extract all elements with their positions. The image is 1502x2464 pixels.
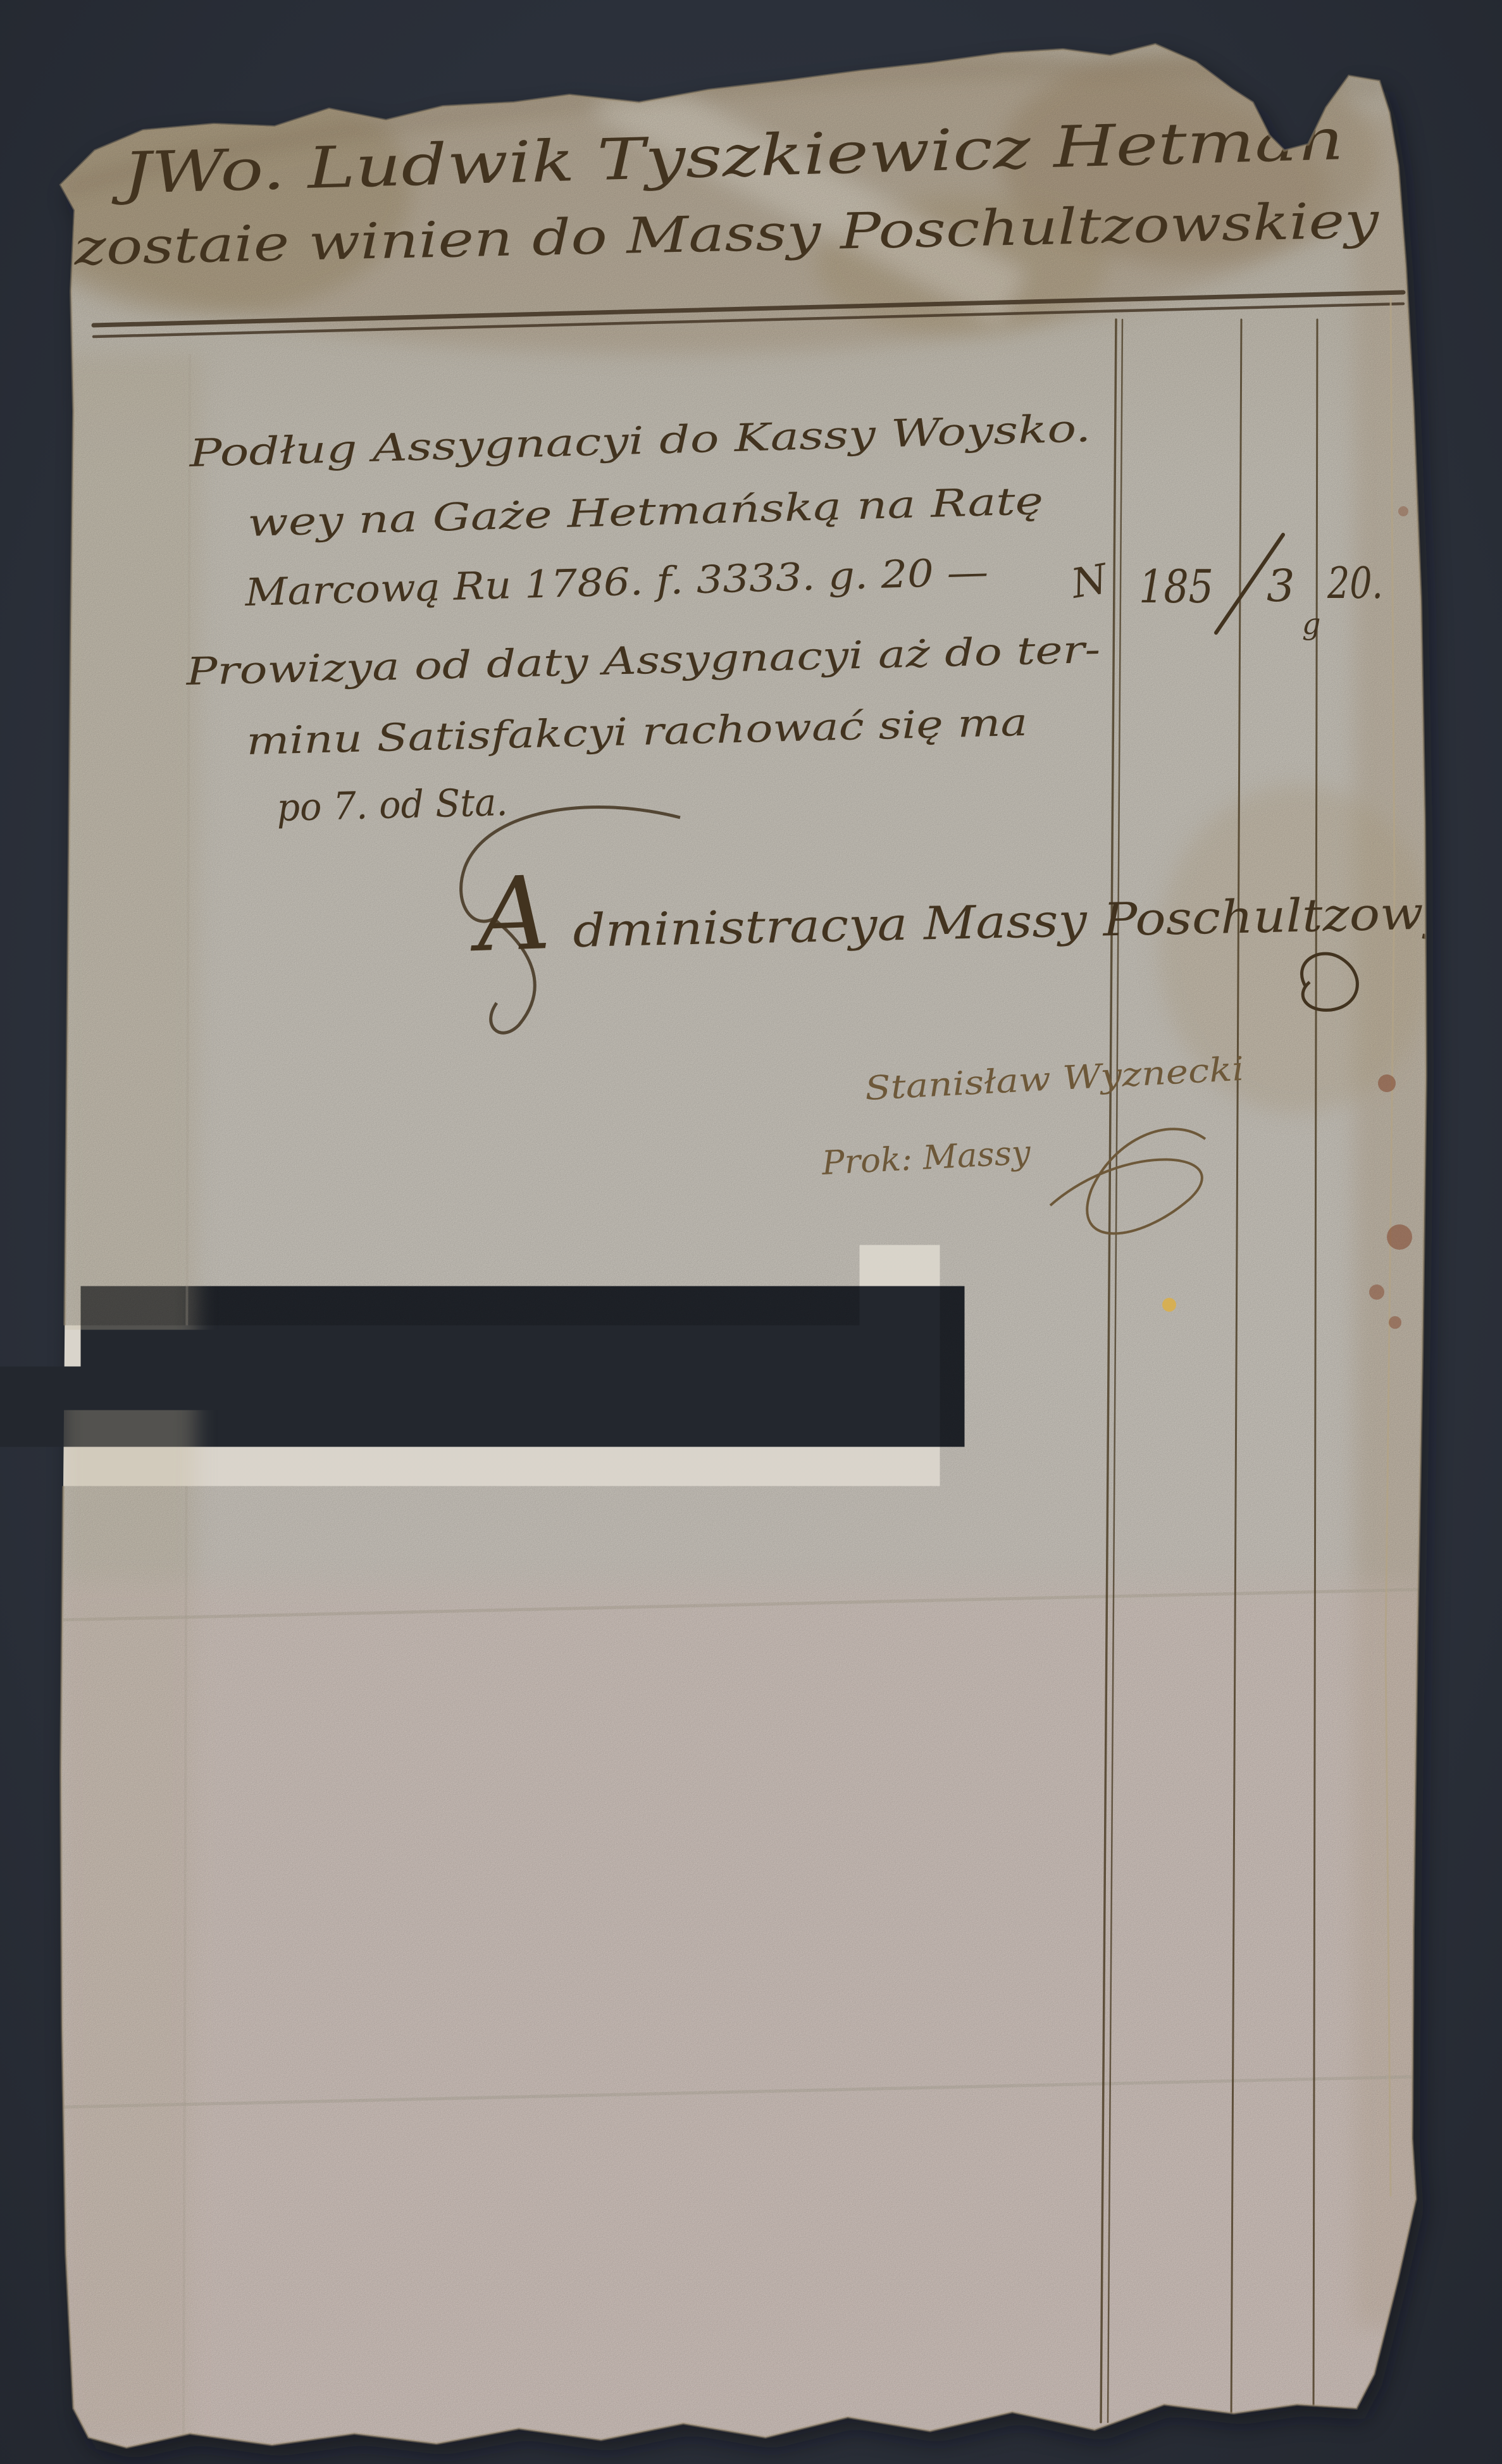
provision-line-3: po 7. od Sta. [276,780,509,830]
paper-sheet: JWo. Ludwik Tyszkiewicz Hetman zostaie w… [0,25,1454,2464]
amount-florins: 185 [1139,560,1213,613]
document-photo: JWo. Ludwik Tyszkiewicz Hetman zostaie w… [0,0,1502,2464]
photo-backdrop: JWo. Ludwik Tyszkiewicz Hetman zostaie w… [0,0,1502,2464]
amount-grosze-unit: g [1302,607,1320,641]
amount-grosze-count: 3 [1267,560,1295,612]
administration-initial: A [467,854,552,974]
amount-grosze-value: 20. [1327,559,1383,609]
paper-grain [57,38,1436,2461]
